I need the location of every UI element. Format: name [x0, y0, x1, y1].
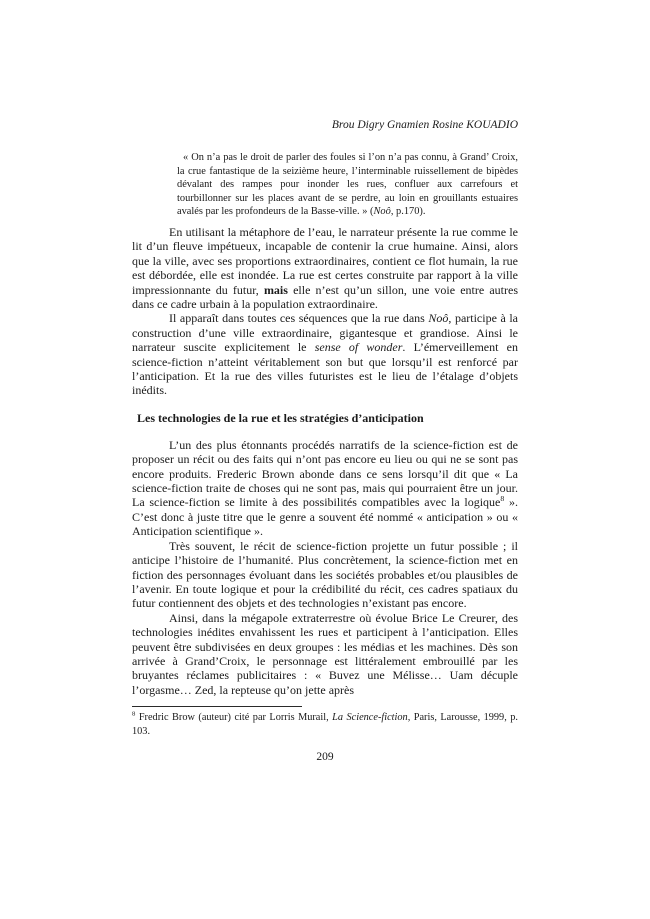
paragraph-metaphore-eau: En utilisant la métaphore de l’eau, le n…	[132, 225, 518, 311]
footnote-separator	[132, 706, 302, 707]
page-number: 209	[132, 751, 518, 763]
paragraph-procedes-narratifs: L’un des plus étonnants procédés narrati…	[132, 438, 518, 539]
paragraph-futur-possible: Très souvent, le récit de science-fictio…	[132, 539, 518, 611]
running-header: Brou Digry Gnamien Rosine KOUADIO	[132, 118, 518, 132]
section-heading: Les technologies de la rue et les straté…	[132, 411, 518, 426]
text-column: Brou Digry Gnamien Rosine KOUADIO « On n…	[132, 118, 518, 763]
footnote: 8 Fredric Brow (auteur) cité par Lorris …	[132, 711, 518, 738]
document-page: Brou Digry Gnamien Rosine KOUADIO « On n…	[0, 0, 650, 919]
block-quote: « On n’a pas le droit de parler des foul…	[177, 151, 518, 219]
paragraph-megapole: Ainsi, dans la mégapole extraterrestre o…	[132, 611, 518, 697]
paragraph-sense-of-wonder: Il apparaît dans toutes ces séquences qu…	[132, 311, 518, 397]
